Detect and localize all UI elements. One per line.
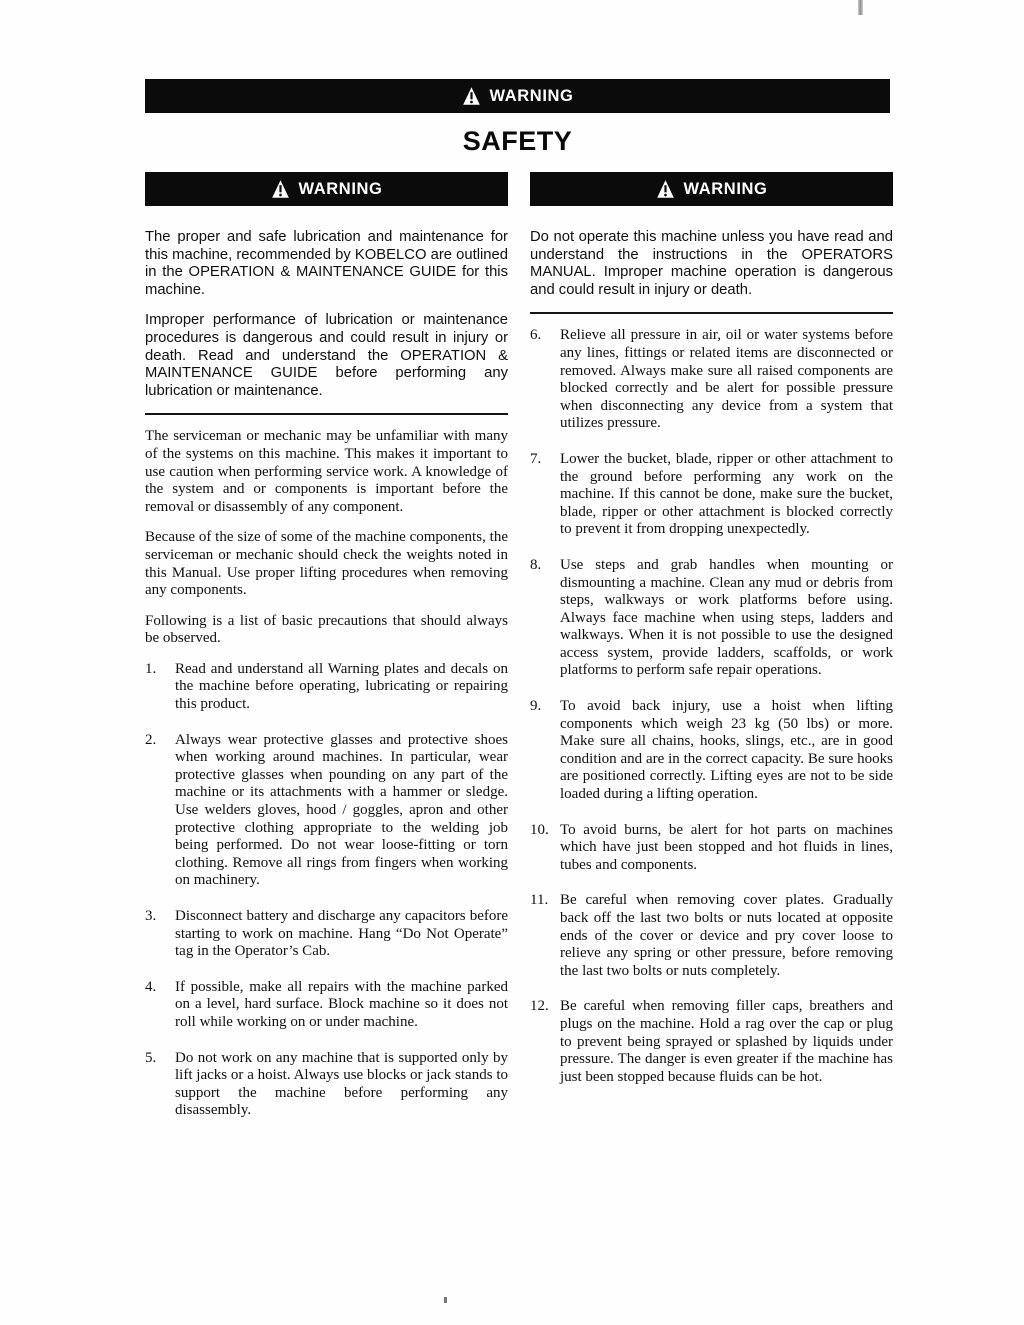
page-content: WARNING SAFETY WARNING The proper and s: [145, 79, 890, 1138]
warning-banner-left-label: WARNING: [299, 180, 383, 199]
list-item-text: Relieve all pressure in air, oil or wate…: [560, 327, 893, 433]
list-item: 4. If possible, make all repairs with th…: [145, 979, 508, 1032]
list-item: 10. To avoid burns, be alert for hot par…: [530, 822, 893, 875]
list-item-text: Use steps and grab handles when mounting…: [560, 557, 893, 680]
list-item-text: Be careful when removing filler caps, br…: [560, 998, 893, 1086]
scan-artifact-bottom: [444, 1297, 447, 1303]
scan-artifact-top: [858, 0, 863, 15]
manual-page: WARNING SAFETY WARNING The proper and s: [0, 0, 1024, 1325]
list-item-text: If possible, make all repairs with the m…: [175, 979, 508, 1032]
warning-triangle-icon: [462, 87, 481, 105]
list-item-number: 9.: [530, 698, 560, 804]
warning-triangle-icon: [271, 180, 290, 198]
precaution-list-6-12: 6. Relieve all pressure in air, oil or w…: [530, 327, 893, 1086]
right-warning-paragraph: Do not operate this machine unless you h…: [530, 229, 893, 299]
list-item: 2. Always wear protective glasses and pr…: [145, 732, 508, 890]
left-warning-paragraph-1: The proper and safe lubrication and main…: [145, 229, 508, 299]
right-column: WARNING Do not operate this machine unle…: [530, 172, 893, 1104]
warning-banner-right: WARNING: [530, 172, 893, 206]
list-item: 9. To avoid back injury, use a hoist whe…: [530, 698, 893, 804]
list-item: 12. Be careful when removing filler caps…: [530, 998, 893, 1086]
two-column-layout: WARNING The proper and safe lubrication …: [145, 172, 890, 1138]
list-item: 5. Do not work on any machine that is su…: [145, 1050, 508, 1120]
list-item-number: 8.: [530, 557, 560, 680]
list-item-number: 1.: [145, 661, 175, 714]
list-item: 3. Disconnect battery and discharge any …: [145, 908, 508, 961]
list-item-number: 3.: [145, 908, 175, 961]
left-divider-rule: [145, 413, 508, 415]
warning-banner-right-label: WARNING: [684, 180, 768, 199]
list-item-text: Always wear protective glasses and prote…: [175, 732, 508, 890]
list-item-text: Read and understand all Warning plates a…: [175, 661, 508, 714]
list-item: 6. Relieve all pressure in air, oil or w…: [530, 327, 893, 433]
warning-banner-top-label: WARNING: [490, 87, 574, 106]
warning-triangle-icon: [656, 180, 675, 198]
warning-banner-top: WARNING: [145, 79, 890, 113]
list-item-number: 11.: [530, 892, 560, 980]
left-paragraph-precautions-intro: Following is a list of basic precautions…: [145, 613, 508, 648]
list-item-text: To avoid burns, be alert for hot parts o…: [560, 822, 893, 875]
list-item-number: 12.: [530, 998, 560, 1086]
list-item-text: Disconnect battery and discharge any cap…: [175, 908, 508, 961]
list-item-text: Lower the bucket, blade, ripper or other…: [560, 451, 893, 539]
precaution-list-1-5: 1. Read and understand all Warning plate…: [145, 661, 508, 1120]
page-title: SAFETY: [145, 126, 890, 157]
list-item-number: 2.: [145, 732, 175, 890]
list-item-text: To avoid back injury, use a hoist when l…: [560, 698, 893, 804]
left-warning-paragraph-2: Improper performance of lubrication or m…: [145, 312, 508, 400]
list-item-text: Be careful when removing cover plates. G…: [560, 892, 893, 980]
list-item-number: 6.: [530, 327, 560, 433]
list-item: 11. Be careful when removing cover plate…: [530, 892, 893, 980]
left-paragraph-weights: Because of the size of some of the machi…: [145, 529, 508, 599]
left-column: WARNING The proper and safe lubrication …: [145, 172, 508, 1138]
list-item-text: Do not work on any machine that is suppo…: [175, 1050, 508, 1120]
list-item-number: 7.: [530, 451, 560, 539]
left-paragraph-serviceman: The serviceman or mechanic may be unfami…: [145, 428, 508, 516]
list-item-number: 4.: [145, 979, 175, 1032]
list-item-number: 5.: [145, 1050, 175, 1120]
list-item-number: 10.: [530, 822, 560, 875]
right-divider-rule: [530, 312, 893, 314]
list-item: 8. Use steps and grab handles when mount…: [530, 557, 893, 680]
warning-banner-left: WARNING: [145, 172, 508, 206]
list-item: 7. Lower the bucket, blade, ripper or ot…: [530, 451, 893, 539]
list-item: 1. Read and understand all Warning plate…: [145, 661, 508, 714]
